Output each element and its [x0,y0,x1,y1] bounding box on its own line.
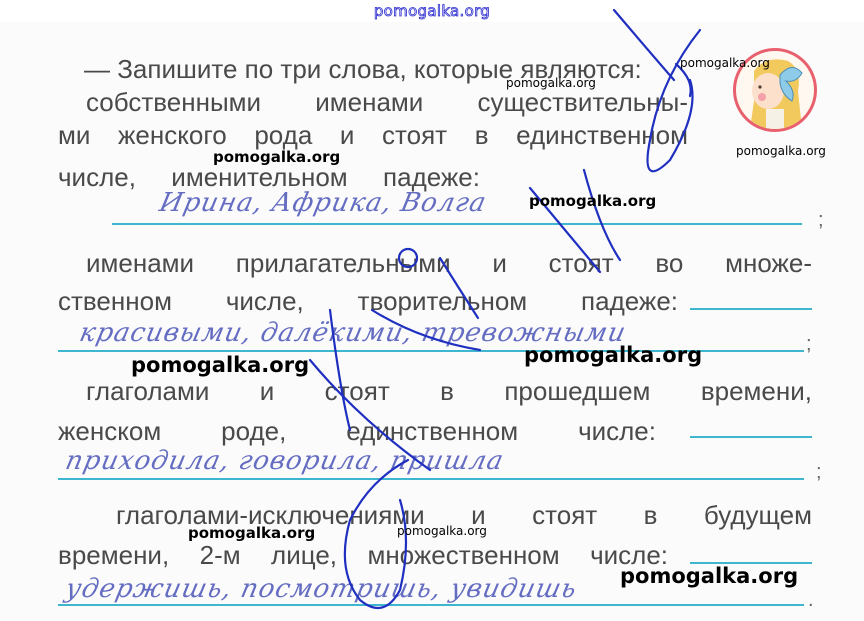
section-1-end-mark: ; [818,210,824,230]
section-3-answer: приходила, говорила, пришла [63,446,507,476]
watermark: pomogalka.org [188,524,315,542]
watermark: pomogalka.org [524,343,702,367]
section-3-short-line [690,436,812,438]
section-3-line-1: глаголами и стоят в прошедшем времени, [86,376,812,406]
section-2-end-mark: ; [806,334,812,354]
watermark: pomogalka.org [736,144,826,158]
section-1-answer-line [112,223,802,225]
section-2-line-2: ственном числе, творительном падеже: [58,286,678,316]
section-4-answer: удержишь, посмотришь, увидишь [63,574,580,604]
section-3-answer-line [58,478,804,480]
watermark: pomogalka.org [397,524,487,538]
section-1-answer: Ирина, Африка, Волга [157,188,490,218]
watermark: pomogalka.org [131,353,309,377]
section-1-line-1: собственными именами существительны- [86,87,688,117]
top-watermark: pomogalka.org [0,2,864,20]
section-1-line-2: ми женского рода и стоят в единственном [58,120,688,150]
watermark: pomogalka.org [506,76,596,90]
watermark: pomogalka.org [213,148,340,166]
section-2-short-line [690,308,812,310]
watermark: pomogalka.org [620,564,798,588]
watermark: pomogalka.org [529,192,656,210]
section-2-line-1: именами прилагательными и стоят во множе… [86,248,812,278]
watermark: pomogalka.org [680,56,770,70]
section-4-answer-line [58,604,804,606]
section-3-line-2: женском роде, единственном числе: [58,416,656,446]
section-4-end-mark: . [808,590,814,610]
section-3-end-mark: ; [816,462,822,482]
section-4-line-2: времени, 2-м лице, множественном числе: [58,540,668,570]
